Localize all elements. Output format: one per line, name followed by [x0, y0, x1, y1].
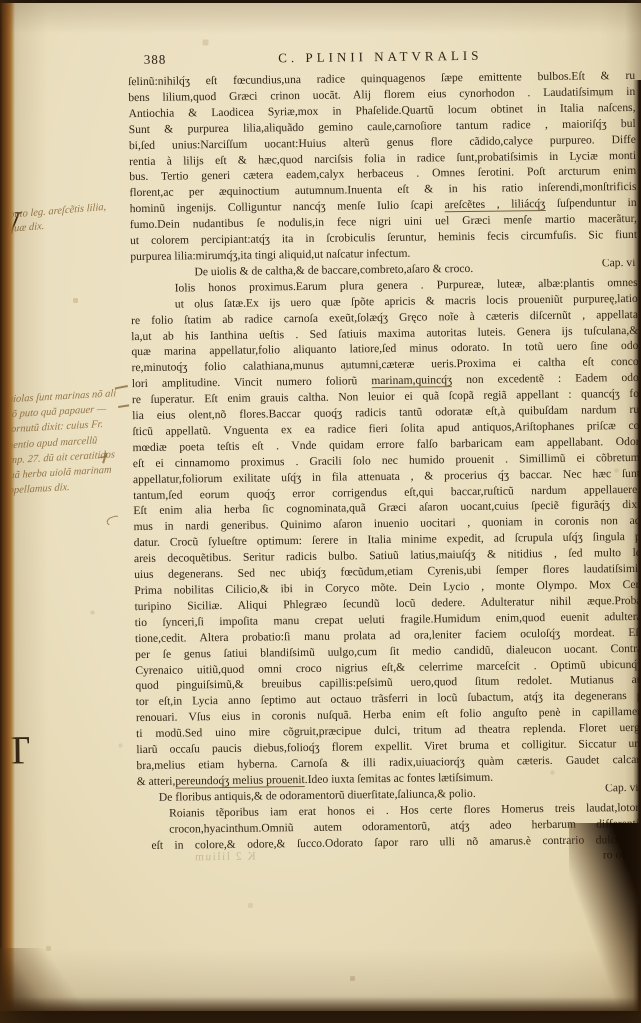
pen-underlined-phrase: pereundoq́ʒ melius prouenit [175, 773, 305, 789]
binding-edge [0, 0, 15, 1023]
pen-underlined-phrase: areſcẽtes , liliácq́ʒ [445, 197, 546, 212]
page-curl-shadow [569, 823, 641, 1023]
page-content: 388 C. PLINII NATVRALIS ſelinũ:nihilq́ʒ … [0, 0, 641, 1023]
book-page-scan: 388 C. PLINII NATVRALIS ſelinũ:nihilq́ʒ … [0, 0, 641, 1023]
main-text-block: ſelinũ:nihilq́ʒ eſt fœcundius,una radice… [128, 68, 641, 869]
page-header: 388 C. PLINII NATVRALIS [128, 46, 633, 70]
ghost-showthrough-text: K 2 lilium [155, 850, 295, 864]
margin-note-handwritten-1: puto leg. areſcẽtis lilia,quæ dix. [9, 199, 129, 237]
margin-note-handwritten-2: uiolas ſunt marinas nõ alieõ puto quã pa… [3, 385, 138, 499]
pen-underlined-phrase: marinam,quincq́ʒ [371, 373, 452, 388]
scan-edge-bottom [0, 1011, 641, 1023]
pen-squiggle-mark [106, 515, 122, 527]
scan-edge-top [0, 0, 641, 3]
running-title: C. PLINII NATVRALIS [128, 46, 633, 68]
